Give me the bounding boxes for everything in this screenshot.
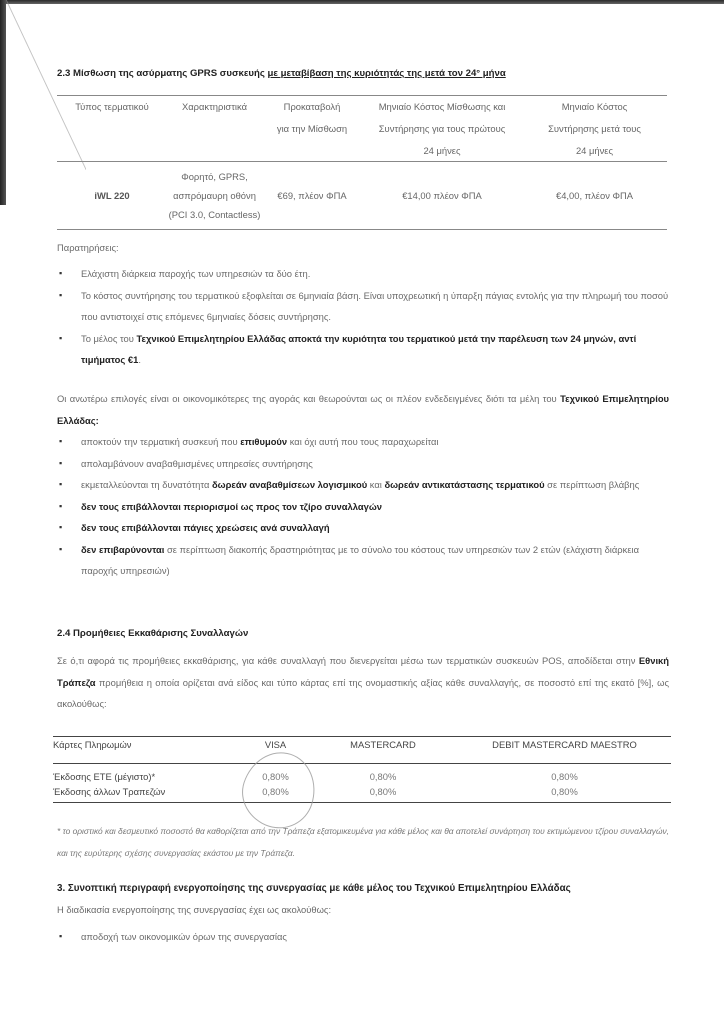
scan-edge-top <box>0 0 724 4</box>
commission-table: Κάρτες Πληρωμών VISA MASTERCARD DEBIT MA… <box>53 736 671 803</box>
section-3-intro: Η διαδικασία ενεργοποίησης της συνεργασί… <box>57 904 331 915</box>
list-item: δεν επιβαρύνονται σε περίπτωση διακοπής … <box>57 539 669 582</box>
commission-paragraph: Σε ό,τι αφορά τις προμήθειες εκκαθάρισης… <box>57 650 669 715</box>
header-cards: Κάρτες Πληρωμών <box>53 737 243 763</box>
leasing-table: Τύπος τερματικού Χαρακτηριστικά Προκαταβ… <box>57 95 667 230</box>
commission-table-header: Κάρτες Πληρωμών VISA MASTERCARD DEBIT MA… <box>53 737 671 764</box>
benefits-list: αποκτούν την τερματική συσκευή που επιθυ… <box>57 431 669 582</box>
footnote: * το οριστικό και δεσμευτικό ποσοστό θα … <box>57 821 669 864</box>
list-item: δεν τους επιβάλλονται πάγιες χρεώσεις αν… <box>57 517 669 539</box>
list-item: Ελάχιστη διάρκεια παροχής των υπηρεσιών … <box>57 263 669 285</box>
section-3-heading: 3. Συνοπτική περιγραφή ενεργοποίησης της… <box>57 883 571 894</box>
section-2-4-heading: 2.4 Προμήθειες Εκκαθάρισης Συναλλαγών <box>57 628 248 639</box>
header-monthly-first-24: Μηνιαίο Κόστος Μίσθωσης καιΣυντήρησης γι… <box>362 96 522 162</box>
list-item: απολαμβάνουν αναβαθμισμένες υπηρεσίες συ… <box>57 453 669 475</box>
header-down-payment: Προκαταβολήγια την Μίσθωση <box>262 96 362 162</box>
down-payment: €69, πλέον ΦΠΑ <box>262 186 362 205</box>
terminal-features: Φορητό, GPRS, ασπρόμαυρη οθόνη (PCI 3.0,… <box>167 167 262 224</box>
list-item: αποκτούν την τερματική συσκευή που επιθυ… <box>57 431 669 453</box>
table-row: Έκδοσης άλλων Τραπεζών 0,80% 0,80% 0,80% <box>53 784 671 799</box>
header-features: Χαρακτηριστικά <box>167 96 262 162</box>
terminal-model: iWL 220 <box>57 186 167 205</box>
header-terminal-type: Τύπος τερματικού <box>57 96 167 162</box>
section-2-3-heading: 2.3 Μίσθωση της ασύρματης GPRS συσκευής … <box>57 68 506 79</box>
header-maestro: DEBIT MASTERCARD MAESTRO <box>458 737 671 763</box>
summary-paragraph: Οι ανωτέρω επιλογές είναι οι οικονομικότ… <box>57 388 669 431</box>
notes-list: Ελάχιστη διάρκεια παροχής των υπηρεσιών … <box>57 263 669 371</box>
notes-title: Παρατηρήσεις: <box>57 242 119 253</box>
table-row: iWL 220 Φορητό, GPRS, ασπρόμαυρη οθόνη (… <box>57 162 667 230</box>
list-item: Το μέλος του Τεχνικού Επιμελητηρίου Ελλά… <box>57 328 669 371</box>
monthly-after-24: €4,00, πλέον ΦΠΑ <box>522 186 667 205</box>
leasing-table-header: Τύπος τερματικού Χαρακτηριστικά Προκαταβ… <box>57 96 667 162</box>
header-mastercard: MASTERCARD <box>308 737 458 763</box>
activation-steps-list: αποδοχή των οικονομικών όρων της συνεργα… <box>57 926 669 948</box>
list-item: εκμεταλλεύονται τη δυνατότητα δωρεάν ανα… <box>57 474 669 496</box>
monthly-first-24: €14,00 πλέον ΦΠΑ <box>362 186 522 205</box>
list-item: αποδοχή των οικονομικών όρων της συνεργα… <box>57 926 669 948</box>
list-item: Το κόστος συντήρησης του τερματικού εξοφ… <box>57 285 669 328</box>
list-item: δεν τους επιβάλλονται περιορισμοί ως προ… <box>57 496 669 518</box>
header-monthly-after-24: Μηνιαίο ΚόστοςΣυντήρησης μετά τους24 μήν… <box>522 96 667 162</box>
table-row: Έκδοσης ΕΤΕ (μέγιστο)* 0,80% 0,80% 0,80% <box>53 769 671 784</box>
